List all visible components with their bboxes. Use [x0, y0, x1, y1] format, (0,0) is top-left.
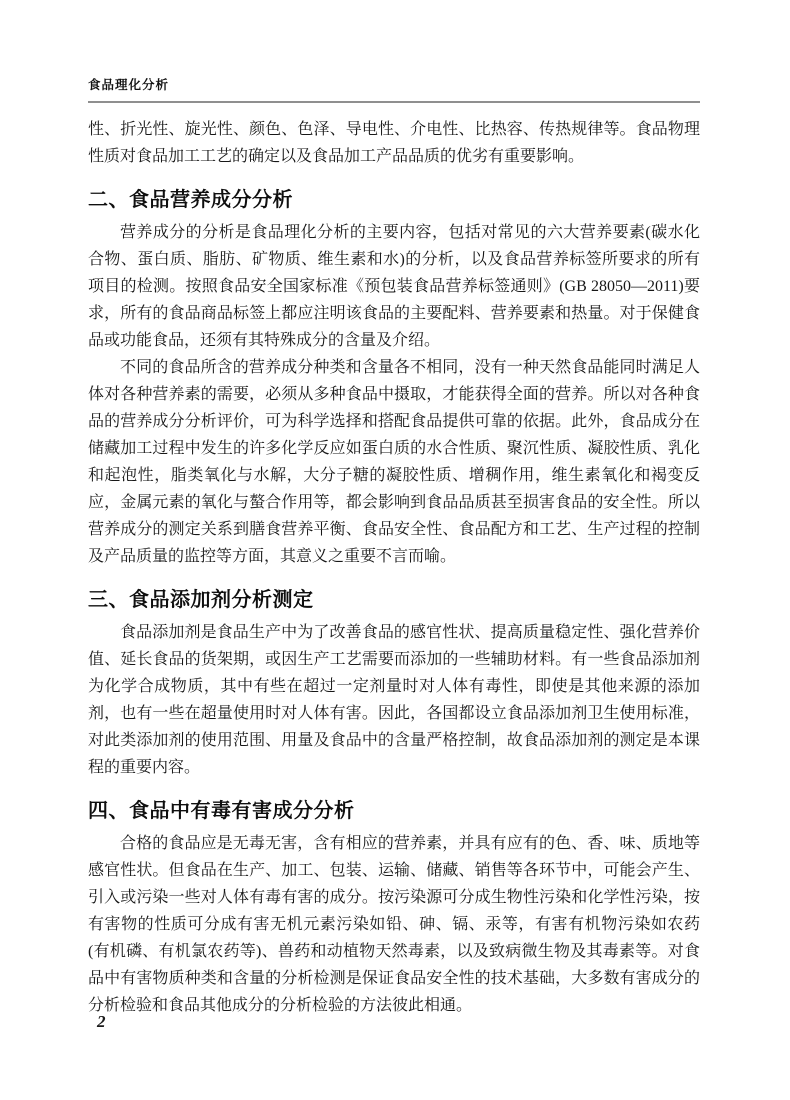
paragraph-toxic-1: 合格的食品应是无毒无害，含有相应的营养素，并具有应有的色、香、味、质地等感官性状… [88, 830, 700, 1019]
section-heading-toxic: 四、食品中有毒有害成分分析 [88, 798, 700, 824]
page-body: 性、折光性、旋光性、颜色、色泽、导电性、介电性、比热容、传热规律等。食品物理性质… [88, 116, 700, 1019]
section-heading-nutrition: 二、食品营养成分分析 [88, 187, 700, 213]
paragraph-additives-1: 食品添加剂是食品生产中为了改善食品的感官性状、提高质量稳定性、强化营养价值、延长… [88, 619, 700, 781]
paragraph-nutrition-1: 营养成分的分析是食品理化分析的主要内容，包括对常见的六大营养要素(碳水化合物、蛋… [88, 219, 700, 354]
document-page: 食品理化分析 性、折光性、旋光性、颜色、色泽、导电性、介电性、比热容、传热规律等… [0, 0, 790, 1100]
section-heading-additives: 三、食品添加剂分析测定 [88, 587, 700, 613]
running-header: 食品理化分析 [88, 75, 700, 103]
paragraph-nutrition-2: 不同的食品所含的营养成分种类和含量各不相同，没有一种天然食品能同时满足人体对各种… [88, 354, 700, 570]
running-header-title: 食品理化分析 [88, 78, 169, 92]
intro-continuation-paragraph: 性、折光性、旋光性、颜色、色泽、导电性、介电性、比热容、传热规律等。食品物理性质… [88, 116, 700, 170]
page-number: 2 [97, 1012, 106, 1032]
